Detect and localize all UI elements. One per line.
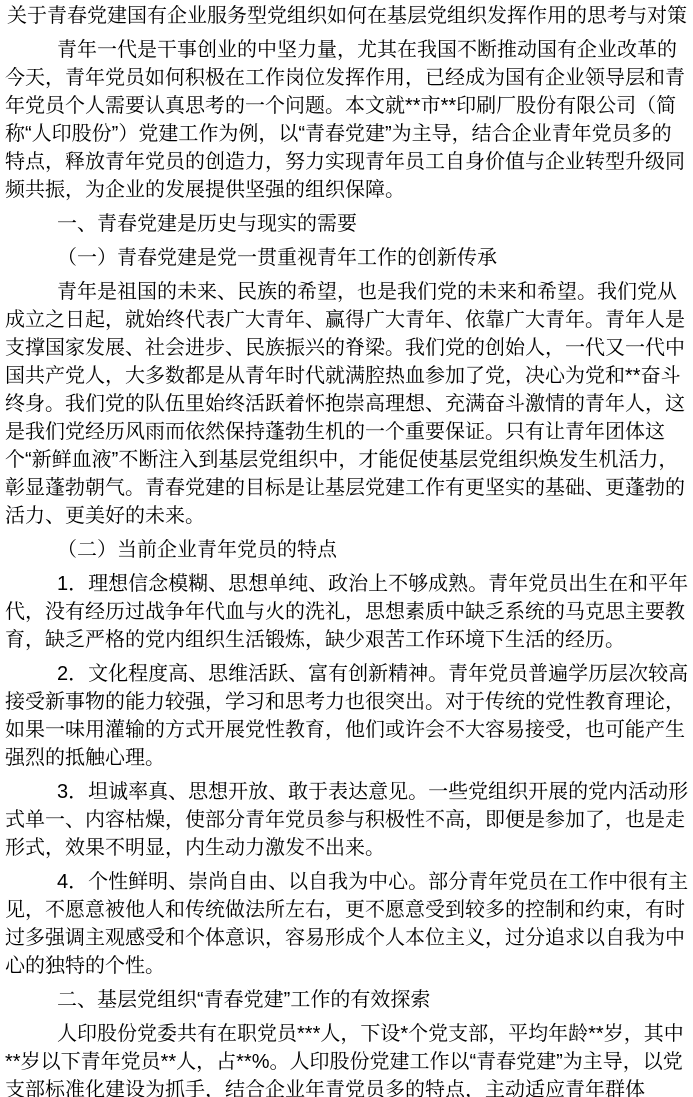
- list-point-paragraph-2: 2．文化程度高、思维活跃、富有创新精神。青年党员普遍学历层次较高接受新事物的能力…: [5, 660, 689, 772]
- heading-subsection-1-2: （二）当前企业青年党员的特点: [5, 536, 689, 564]
- list-point-paragraph-3: 3．坦诚率真、思想开放、敢于表达意见。一些党组织开展的党内活动形式单一、内容枯燥…: [5, 778, 689, 862]
- intro-paragraph: 青年一代是干事创业的中坚力量，尤其在我国不断推动国有企业改革的今天，青年党员如何…: [5, 36, 689, 204]
- list-point-paragraph-1: 1．理想信念模糊、思想单纯、政治上不够成熟。青年党员出生在和平年代，没有经历过战…: [5, 570, 689, 654]
- list-point-paragraph-4: 4．个性鲜明、崇尚自由、以自我为中心。部分青年党员在工作中很有主见，不愿意被他人…: [5, 868, 689, 980]
- document-title: 关于青春党建国有企业服务型党组织如何在基层党组织发挥作用的思考与对策: [5, 2, 689, 30]
- heading-subsection-1-1: （一）青春党建是党一贯重视青年工作的创新传承: [5, 244, 689, 272]
- heading-section-1: 一、青春党建是历史与现实的需要: [5, 210, 689, 238]
- heading-section-2: 二、基层党组织“青春党建”工作的有效探索: [5, 986, 689, 1014]
- body-paragraph-youth-history: 青年是祖国的未来、民族的希望，也是我们党的未来和希望。我们党从成立之日起，就始终…: [5, 278, 689, 530]
- document-page: 关于青春党建国有企业服务型党组织如何在基层党组织发挥作用的思考与对策 青年一代是…: [0, 0, 693, 1097]
- closing-paragraph-truncated: 人印股份党委共有在职党员***人，下设*个党支部，平均年龄**岁，其中**岁以下…: [5, 1020, 689, 1097]
